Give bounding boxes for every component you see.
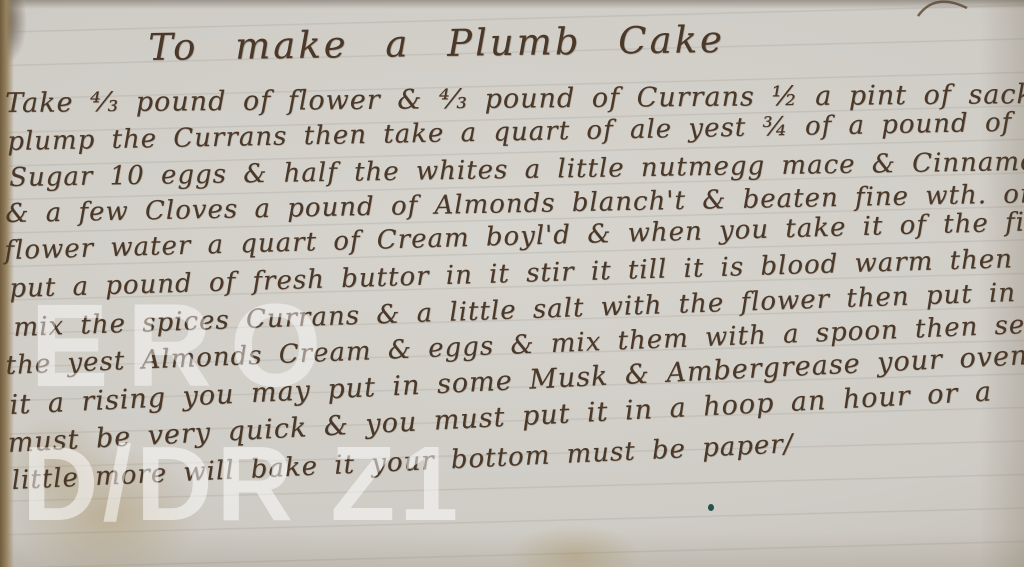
recipe-title: To make a Plumb Cake bbox=[148, 18, 725, 69]
manuscript-page: To make a Plumb Cake Take ⁴⁄₃ pound of f… bbox=[0, 0, 1024, 567]
stray-pen-stroke bbox=[915, 0, 973, 24]
ink-dot bbox=[708, 504, 714, 511]
